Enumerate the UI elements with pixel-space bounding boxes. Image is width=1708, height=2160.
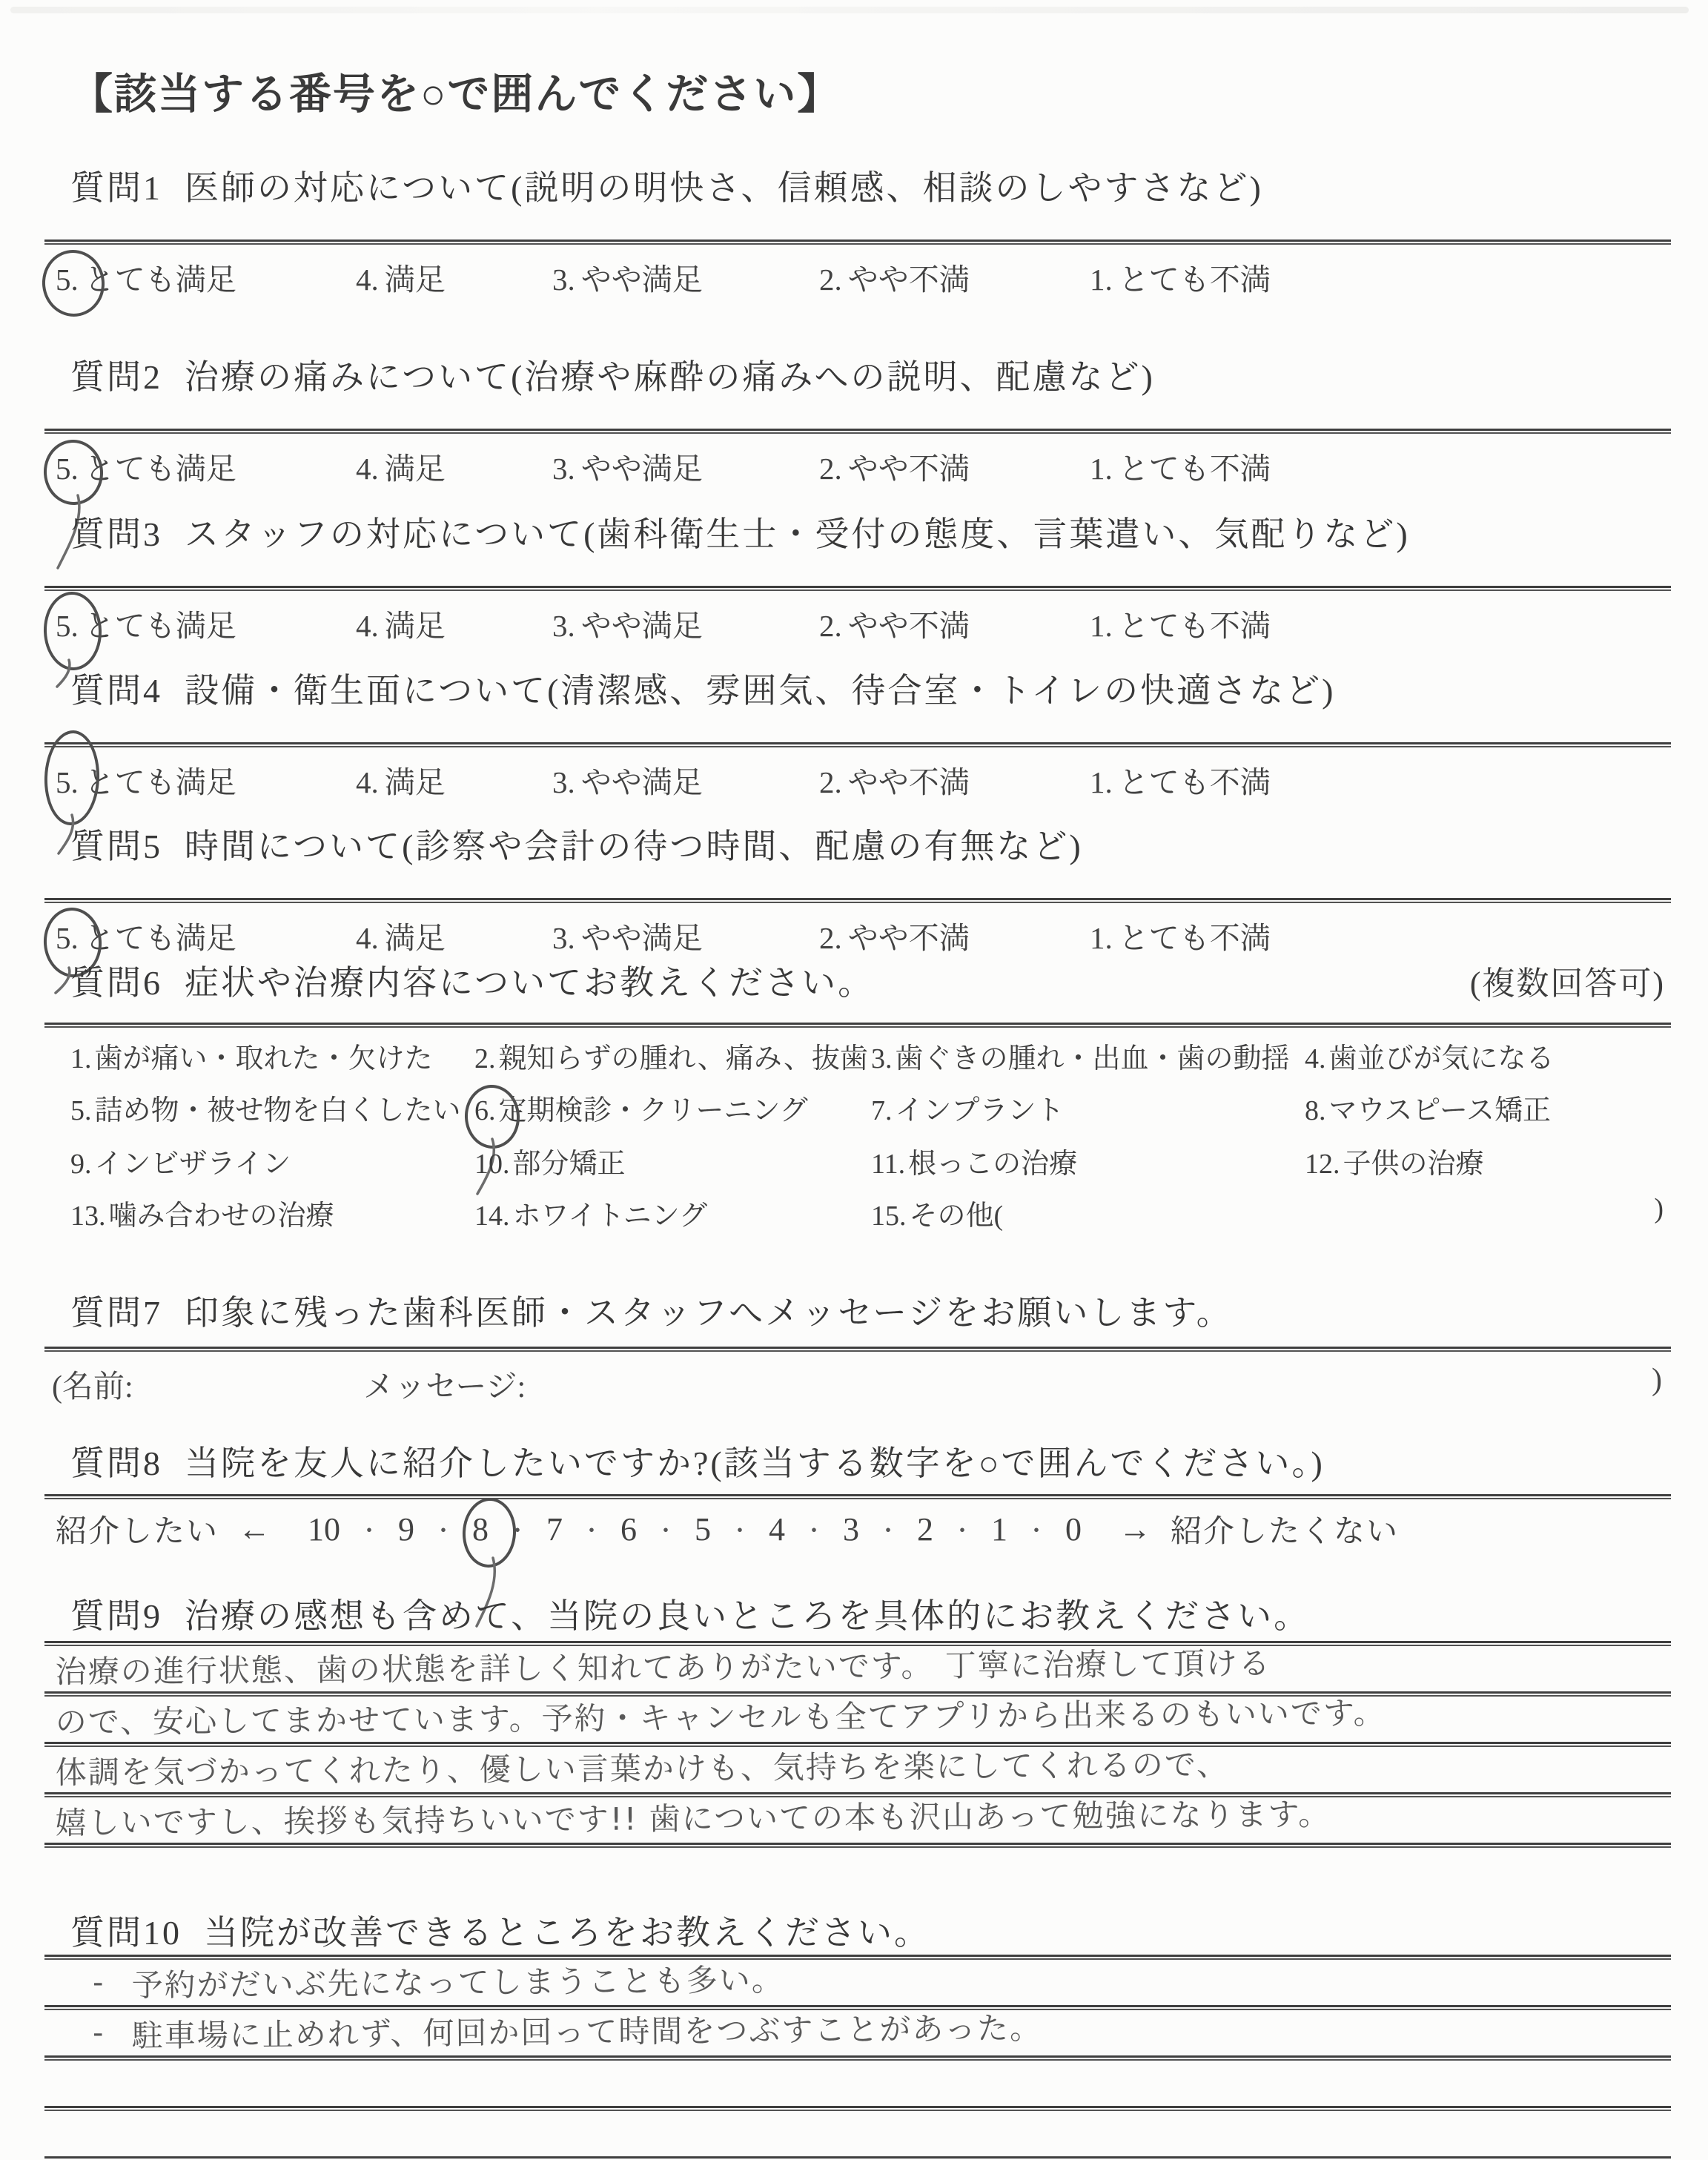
option-number-text: 3. bbox=[552, 920, 575, 956]
option-number: 5. bbox=[56, 451, 79, 486]
option-1-very-dissatisfied: 1.とても不満 bbox=[1090, 444, 1271, 488]
question-3-heading: 質問3スタッフの対応について(歯科衛生士・受付の態度、言葉遣い、気配りなど) bbox=[70, 513, 1671, 556]
symptom-item-1: 1.歯が痛い・取れた・欠けた bbox=[70, 1035, 433, 1076]
option-number-text: 5. bbox=[56, 452, 79, 486]
option-label: やや満足 bbox=[581, 921, 703, 955]
question-1-heading: 質問1医師の対応について(説明の明快さ、信頼感、相談のしやすさなど) bbox=[70, 167, 1671, 210]
option-2-somewhat-dissatisfied: 2.やや不満 bbox=[819, 255, 970, 299]
question-9-title: 治療の感想も含めて、当院の良いところを具体的にお教えください。 bbox=[185, 1597, 1310, 1635]
question-3-options: 5. とても満足 4.満足 3.やや満足 2.やや不満 1.とても不満 bbox=[44, 595, 1671, 641]
option-number-text: 5. bbox=[56, 609, 79, 643]
answer-line-2: ので、安心してまかせています。予約・キャンセルも全てアプリから出来るのもいいです… bbox=[44, 1697, 1671, 1747]
question-6-label: 質問6 bbox=[70, 964, 162, 1002]
question-5-options: 5. とても満足 4.満足 3.やや満足 2.やや不満 1.とても不満 bbox=[44, 908, 1671, 954]
scale-number-3: 3 bbox=[843, 1510, 859, 1548]
question-10-heading: 質問10当院が改善できるところをお教えください。 bbox=[70, 1912, 1671, 1955]
scale-dot: ・ bbox=[1025, 1513, 1047, 1545]
item-label: ホワイトニング bbox=[513, 1200, 708, 1232]
item-label: 根っこの治療 bbox=[908, 1149, 1077, 1180]
option-number-text: 2. bbox=[819, 451, 842, 486]
option-label: とても不満 bbox=[1119, 609, 1271, 643]
question-6-title: 症状や治療内容についてお教えください。 bbox=[185, 964, 874, 1002]
ruled-line bbox=[44, 2055, 1671, 2061]
scale-number-1: 1 bbox=[991, 1510, 1007, 1548]
question-7-section: 質問7印象に残った歯科医師・スタッフへメッセージをお願いします。 (名前: メッ… bbox=[44, 1292, 1671, 1405]
option-label: とても不満 bbox=[1119, 262, 1271, 297]
option-number-text: 3. bbox=[552, 451, 575, 486]
option-number-text: 4. bbox=[356, 608, 379, 644]
option-5-very-satisfied: 5. とても満足 bbox=[56, 255, 236, 299]
option-1-very-dissatisfied: 1.とても不満 bbox=[1090, 601, 1271, 645]
question-8-label: 質問8 bbox=[70, 1444, 162, 1482]
question-10-title: 当院が改善できるところをお教えください。 bbox=[204, 1914, 930, 1952]
option-label: やや満足 bbox=[581, 765, 703, 799]
item-number: 14. bbox=[474, 1200, 510, 1232]
nps-scale-row: 紹介したい ← 10 ・ 9 ・ 8 ・ 7 ・ 6 ・ 5 ・ 4 ・ bbox=[44, 1505, 1671, 1553]
question-7-title: 印象に残った歯科医師・スタッフへメッセージをお願いします。 bbox=[185, 1294, 1233, 1332]
option-number-text: 1. bbox=[1090, 920, 1113, 956]
question-5-heading: 質問5時間について(診察や会計の待つ時間、配慮の有無など) bbox=[70, 825, 1671, 868]
scale-number-6: 6 bbox=[620, 1510, 637, 1548]
scale-right-label: 紹介したくない bbox=[1171, 1507, 1399, 1551]
symptom-item-6: 6. 定期検診・クリーニング bbox=[474, 1087, 808, 1128]
option-label: やや不満 bbox=[848, 452, 970, 486]
option-1-very-dissatisfied: 1.とても不満 bbox=[1090, 255, 1271, 299]
question-2-heading: 質問2治療の痛みについて(治療や麻酔の痛みへの説明、配慮など) bbox=[70, 356, 1671, 399]
option-number-text: 2. bbox=[819, 262, 842, 297]
option-4-satisfied: 4.満足 bbox=[356, 255, 446, 299]
scale-dot: ・ bbox=[655, 1513, 677, 1545]
question-5-title: 時間について(診察や会計の待つ時間、配慮の有無など) bbox=[185, 828, 1083, 865]
handwritten-text: 予約がだいぶ先になってしまうことも多い。 bbox=[131, 1955, 784, 2006]
item-label: 子供の治療 bbox=[1343, 1149, 1484, 1180]
symptom-item-13: 13.噛み合わせの治療 bbox=[70, 1192, 334, 1233]
scale-number-7: 7 bbox=[546, 1510, 563, 1548]
multiple-answers-note: (複数回答可) bbox=[1470, 957, 1665, 1004]
option-label: とても満足 bbox=[85, 262, 236, 297]
item-number: 12. bbox=[1305, 1148, 1340, 1180]
question-5-label: 質問5 bbox=[70, 828, 162, 865]
scale-dot: ・ bbox=[358, 1513, 380, 1545]
item-label: 詰め物・被せ物を白くしたい bbox=[95, 1095, 461, 1126]
item-number: 1. bbox=[70, 1043, 92, 1075]
item-label: 親知らずの腫れ、痛み、抜歯 bbox=[499, 1043, 869, 1074]
item-number: 2. bbox=[474, 1043, 496, 1075]
option-4-satisfied: 4.満足 bbox=[356, 601, 446, 645]
question-9-heading: 質問9治療の感想も含めて、当院の良いところを具体的にお教えください。 bbox=[70, 1595, 1671, 1638]
option-label: やや満足 bbox=[581, 452, 703, 486]
scale-dot: ・ bbox=[432, 1513, 454, 1545]
option-label: やや不満 bbox=[848, 765, 970, 799]
scale-dot: ・ bbox=[506, 1513, 529, 1545]
option-label: とても満足 bbox=[85, 609, 236, 643]
option-label: やや満足 bbox=[581, 262, 703, 297]
item-label: 歯並びが気になる bbox=[1329, 1043, 1555, 1074]
question-4-heading: 質問4設備・衛生面について(清潔感、雰囲気、待合室・トイレの快適さなど) bbox=[70, 670, 1671, 713]
scale-number-2: 2 bbox=[917, 1510, 933, 1548]
divider-line bbox=[44, 898, 1671, 903]
symptom-item-14: 14.ホワイトニング bbox=[474, 1192, 707, 1233]
symptom-item-12: 12.子供の治療 bbox=[1305, 1140, 1484, 1181]
improvement-line-4-empty bbox=[44, 2111, 1671, 2160]
option-number-text: 4. bbox=[356, 764, 379, 800]
symptom-item-4: 4.歯並びが気になる bbox=[1305, 1035, 1555, 1076]
ruled-line bbox=[44, 2106, 1671, 2111]
handwritten-text: 駐車場に止めれず、何回か回って時間をつぶすことがあった。 bbox=[131, 2004, 1042, 2056]
item-label: 定期検診・クリーニング bbox=[499, 1095, 808, 1126]
option-label: とても不満 bbox=[1119, 765, 1271, 799]
option-3-somewhat-satisfied: 3.やや満足 bbox=[552, 255, 703, 299]
scale-dot: ・ bbox=[951, 1513, 973, 1545]
option-1-very-dissatisfied: 1.とても不満 bbox=[1090, 758, 1271, 802]
question-9-label: 質問9 bbox=[70, 1597, 162, 1635]
question-6-heading: 質問6症状や治療内容についてお教えください。 bbox=[70, 962, 874, 1005]
item-label: 部分矯正 bbox=[513, 1149, 626, 1180]
option-label: 満足 bbox=[385, 262, 446, 297]
scale-dot: ・ bbox=[729, 1513, 751, 1545]
handwritten-text: 治療の進行状態、歯の状態を詳しく知れてありがたいです。 丁寧に治療して頂ける bbox=[56, 1639, 1271, 1692]
scale-number-text: 8 bbox=[472, 1511, 489, 1548]
option-label: やや不満 bbox=[848, 921, 970, 955]
symptom-item-9: 9.インビザライン bbox=[70, 1140, 291, 1181]
option-label: やや不満 bbox=[848, 609, 970, 643]
question-1-options: 5. とても満足 4.満足 3.やや満足 2.やや不満 1.とても不満 bbox=[44, 249, 1671, 295]
question-8-heading: 質問8当院を友人に紹介したいですか?(該当する数字を○で囲んでください。) bbox=[70, 1442, 1671, 1485]
item-number: 15. bbox=[871, 1200, 907, 1232]
option-number-text: 2. bbox=[819, 764, 842, 800]
option-5-very-satisfied: 5. とても満足 bbox=[56, 758, 236, 802]
divider-line bbox=[44, 240, 1671, 245]
improvement-line-2: - 駐車場に止めれず、何回か回って時間をつぶすことがあった。 bbox=[44, 2010, 1671, 2061]
option-number: 5. bbox=[56, 920, 79, 956]
option-4-satisfied: 4.満足 bbox=[356, 758, 446, 802]
item-label: マウスピース矯正 bbox=[1329, 1095, 1551, 1126]
item-label: インビザライン bbox=[95, 1149, 291, 1180]
divider-line bbox=[44, 1494, 1671, 1499]
name-field-label: (名前: bbox=[52, 1362, 133, 1407]
option-3-somewhat-satisfied: 3.やや満足 bbox=[552, 444, 703, 488]
option-number-text: 1. bbox=[1090, 451, 1113, 486]
option-label: やや不満 bbox=[848, 262, 970, 297]
message-field-label: メッセージ: bbox=[363, 1362, 526, 1407]
option-label: とても満足 bbox=[85, 452, 236, 486]
answer-line-1: 治療の進行状態、歯の状態を詳しく知れてありがたいです。 丁寧に治療して頂ける bbox=[44, 1646, 1671, 1697]
option-2-somewhat-dissatisfied: 2.やや不満 bbox=[819, 758, 970, 802]
scale-number-0: 0 bbox=[1065, 1510, 1082, 1548]
question-6-items: 1.歯が痛い・取れた・欠けた 2.親知らずの腫れ、痛み、抜歯 3.歯ぐきの腫れ・… bbox=[44, 1028, 1671, 1243]
ruled-line bbox=[44, 2156, 1671, 2160]
option-4-satisfied: 4.満足 bbox=[356, 444, 446, 488]
item-label: 歯ぐきの腫れ・出血・歯の動揺 bbox=[896, 1043, 1290, 1074]
option-label: とても不満 bbox=[1119, 921, 1271, 955]
item-number: 11. bbox=[871, 1148, 905, 1180]
option-2-somewhat-dissatisfied: 2.やや不満 bbox=[819, 914, 970, 957]
survey-scan-page: 【該当する番号を○で囲んでください】 質問1医師の対応について(説明の明快さ、信… bbox=[0, 0, 1708, 2160]
item-number: 13. bbox=[70, 1200, 106, 1232]
handwritten-text: ので、安心してまかせています。予約・キャンセルも全てアプリから出来るのもいいです… bbox=[56, 1688, 1386, 1743]
question-1-label: 質問1 bbox=[70, 169, 162, 207]
option-label: とても不満 bbox=[1119, 452, 1271, 486]
answer-line-4: 嬉しいですし、挨拶も気持ちいいです!! 歯についての本も沢山あって勉強になります… bbox=[44, 1797, 1671, 1848]
improvement-line-1: - 予約がだいぶ先になってしまうことも多い。 bbox=[44, 1960, 1671, 2010]
symptom-item-2: 2.親知らずの腫れ、痛み、抜歯 bbox=[474, 1035, 868, 1076]
question-3-section: 質問3スタッフの対応について(歯科衛生士・受付の態度、言葉遣い、気配りなど) 5… bbox=[44, 513, 1671, 641]
option-label: とても満足 bbox=[85, 765, 236, 799]
question-1-title: 医師の対応について(説明の明快さ、信頼感、相談のしやすさなど) bbox=[185, 169, 1263, 207]
option-label: やや満足 bbox=[581, 609, 703, 643]
option-number-text: 5. bbox=[56, 262, 79, 297]
option-number-text: 1. bbox=[1090, 608, 1113, 644]
scale-left-label: 紹介したい bbox=[56, 1507, 219, 1551]
question-3-label: 質問3 bbox=[70, 515, 162, 553]
option-number-text: 2. bbox=[819, 920, 842, 956]
item-number-text: 6. bbox=[474, 1095, 496, 1126]
ruled-line bbox=[44, 1843, 1671, 1848]
handwritten-bullet: - bbox=[93, 2016, 105, 2050]
option-number-text: 4. bbox=[356, 920, 379, 956]
question-6-heading-row: 質問6症状や治療内容についてお教えください。 (複数回答可) bbox=[44, 957, 1671, 1005]
page-title: 【該当する番号を○で囲んでください】 bbox=[70, 65, 1671, 125]
divider-line bbox=[44, 429, 1671, 434]
option-number: 5. bbox=[56, 608, 79, 644]
scale-dot: ・ bbox=[580, 1513, 603, 1545]
option-label: 満足 bbox=[385, 609, 446, 643]
symptom-item-7: 7.インプラント bbox=[871, 1087, 1065, 1128]
option-2-somewhat-dissatisfied: 2.やや不満 bbox=[819, 444, 970, 488]
question-8-section: 質問8当院を友人に紹介したいですか?(該当する数字を○で囲んでください。) 紹介… bbox=[44, 1442, 1671, 1553]
scale-dot: ・ bbox=[803, 1513, 825, 1545]
improvement-line-3-empty bbox=[44, 2061, 1671, 2111]
question-4-title: 設備・衛生面について(清潔感、雰囲気、待合室・トイレの快適さなど) bbox=[185, 672, 1335, 710]
option-number-text: 4. bbox=[356, 451, 379, 486]
option-number-text: 3. bbox=[552, 608, 575, 644]
item-number: 6. bbox=[474, 1094, 496, 1127]
question-10-section: 質問10当院が改善できるところをお教えください。 - 予約がだいぶ先になってしま… bbox=[44, 1912, 1671, 2160]
option-number-text: 3. bbox=[552, 764, 575, 800]
form-content: 【該当する番号を○で囲んでください】 質問1医師の対応について(説明の明快さ、信… bbox=[44, 0, 1671, 2160]
option-number: 5. bbox=[56, 764, 79, 800]
option-1-very-dissatisfied: 1.とても不満 bbox=[1090, 914, 1271, 957]
question-2-options: 5. とても満足 4.満足 3.やや満足 2.やや不満 1.とても不満 bbox=[44, 438, 1671, 484]
symptom-item-11: 11.根っこの治療 bbox=[871, 1140, 1077, 1181]
symptom-item-3: 3.歯ぐきの腫れ・出血・歯の動揺 bbox=[871, 1035, 1290, 1076]
option-5-very-satisfied: 5. とても満足 bbox=[56, 444, 236, 488]
option-2-somewhat-dissatisfied: 2.やや不満 bbox=[819, 601, 970, 645]
scale-number-8-circled: 8 bbox=[472, 1510, 489, 1548]
item-label: その他( bbox=[910, 1200, 1004, 1232]
option-number-text: 1. bbox=[1090, 764, 1113, 800]
option-3-somewhat-satisfied: 3.やや満足 bbox=[552, 914, 703, 957]
question-2-section: 質問2治療の痛みについて(治療や麻酔の痛みへの説明、配慮など) 5. とても満足… bbox=[44, 356, 1671, 484]
item-label: 歯が痛い・取れた・欠けた bbox=[95, 1043, 433, 1074]
scale-number-5: 5 bbox=[695, 1510, 711, 1548]
symptom-item-15-other: 15.その他( bbox=[871, 1192, 1003, 1233]
item-number: 4. bbox=[1305, 1043, 1326, 1075]
option-number-text: 2. bbox=[819, 608, 842, 644]
other-close-paren: ) bbox=[1654, 1192, 1664, 1225]
divider-line bbox=[44, 586, 1671, 591]
item-label: インプラント bbox=[896, 1095, 1065, 1126]
question-2-label: 質問2 bbox=[70, 358, 162, 396]
option-label: 満足 bbox=[385, 921, 446, 955]
question-10-label: 質問10 bbox=[70, 1914, 182, 1952]
option-label: 満足 bbox=[385, 452, 446, 486]
handwritten-text: 嬉しいですし、挨拶も気持ちいいです!! 歯についての本も沢山あって勉強になります… bbox=[56, 1790, 1331, 1843]
question-7-answer-row: (名前: メッセージ: ) bbox=[44, 1358, 1671, 1405]
option-3-somewhat-satisfied: 3.やや満足 bbox=[552, 758, 703, 802]
item-number: 7. bbox=[871, 1094, 893, 1127]
left-arrow-icon: ← bbox=[238, 1510, 271, 1548]
right-arrow-icon: → bbox=[1119, 1510, 1151, 1548]
close-paren: ) bbox=[1652, 1362, 1662, 1398]
handwritten-text: 体調を気づかってくれたり、優しい言葉かけも、気持ちを楽にしてくれるので、 bbox=[56, 1740, 1230, 1793]
option-4-satisfied: 4.満足 bbox=[356, 914, 446, 957]
question-3-title: スタッフの対応について(歯科衛生士・受付の態度、言葉遣い、気配りなど) bbox=[185, 515, 1410, 553]
question-7-heading: 質問7印象に残った歯科医師・スタッフへメッセージをお願いします。 bbox=[70, 1292, 1671, 1335]
question-1-section: 質問1医師の対応について(説明の明快さ、信頼感、相談のしやすさなど) 5. とて… bbox=[44, 167, 1671, 295]
divider-line bbox=[44, 742, 1671, 747]
option-number-text: 4. bbox=[356, 262, 379, 297]
divider-line bbox=[44, 1347, 1671, 1352]
option-label: とても満足 bbox=[85, 921, 236, 955]
item-number: 5. bbox=[70, 1094, 92, 1127]
option-number-text: 1. bbox=[1090, 262, 1113, 297]
divider-line bbox=[44, 1023, 1671, 1028]
option-number: 5. bbox=[56, 262, 79, 297]
scale-number-4: 4 bbox=[769, 1510, 785, 1548]
question-2-title: 治療の痛みについて(治療や麻酔の痛みへの説明、配慮など) bbox=[185, 358, 1155, 396]
handwritten-bullet: - bbox=[93, 1966, 105, 2000]
question-8-title: 当院を友人に紹介したいですか?(該当する数字を○で囲んでください。) bbox=[185, 1444, 1325, 1482]
scale-number-9: 9 bbox=[398, 1510, 414, 1548]
scale-dot: ・ bbox=[877, 1513, 899, 1545]
item-number: 10. bbox=[474, 1148, 510, 1180]
item-number: 8. bbox=[1305, 1094, 1326, 1127]
option-number-text: 3. bbox=[552, 262, 575, 297]
question-4-options: 5. とても満足 4.満足 3.やや満足 2.やや不満 1.とても不満 bbox=[44, 752, 1671, 798]
question-6-section: 質問6症状や治療内容についてお教えください。 (複数回答可) 1.歯が痛い・取れ… bbox=[44, 957, 1671, 1243]
symptom-item-8: 8.マウスピース矯正 bbox=[1305, 1087, 1551, 1128]
option-number-text: 5. bbox=[56, 921, 79, 955]
question-4-label: 質問4 bbox=[70, 672, 162, 710]
question-5-section: 質問5時間について(診察や会計の待つ時間、配慮の有無など) 5. とても満足 4… bbox=[44, 825, 1671, 954]
option-number-text: 5. bbox=[56, 765, 79, 799]
option-5-very-satisfied: 5. とても満足 bbox=[56, 914, 236, 957]
symptom-item-5: 5.詰め物・被せ物を白くしたい bbox=[70, 1087, 461, 1128]
question-9-section: 質問9治療の感想も含めて、当院の良いところを具体的にお教えください。 治療の進行… bbox=[44, 1595, 1671, 1848]
option-5-very-satisfied: 5. とても満足 bbox=[56, 601, 236, 645]
scale-number-10: 10 bbox=[308, 1510, 340, 1548]
answer-line-3: 体調を気づかってくれたり、優しい言葉かけも、気持ちを楽にしてくれるので、 bbox=[44, 1747, 1671, 1797]
option-3-somewhat-satisfied: 3.やや満足 bbox=[552, 601, 703, 645]
symptom-item-10: 10.部分矯正 bbox=[474, 1140, 626, 1181]
divider-line bbox=[44, 1955, 1671, 1960]
item-number: 3. bbox=[871, 1043, 893, 1075]
item-number: 9. bbox=[70, 1148, 92, 1180]
question-7-label: 質問7 bbox=[70, 1294, 162, 1332]
option-label: 満足 bbox=[385, 765, 446, 799]
question-4-section: 質問4設備・衛生面について(清潔感、雰囲気、待合室・トイレの快適さなど) 5. … bbox=[44, 670, 1671, 798]
item-label: 噛み合わせの治療 bbox=[109, 1200, 334, 1232]
